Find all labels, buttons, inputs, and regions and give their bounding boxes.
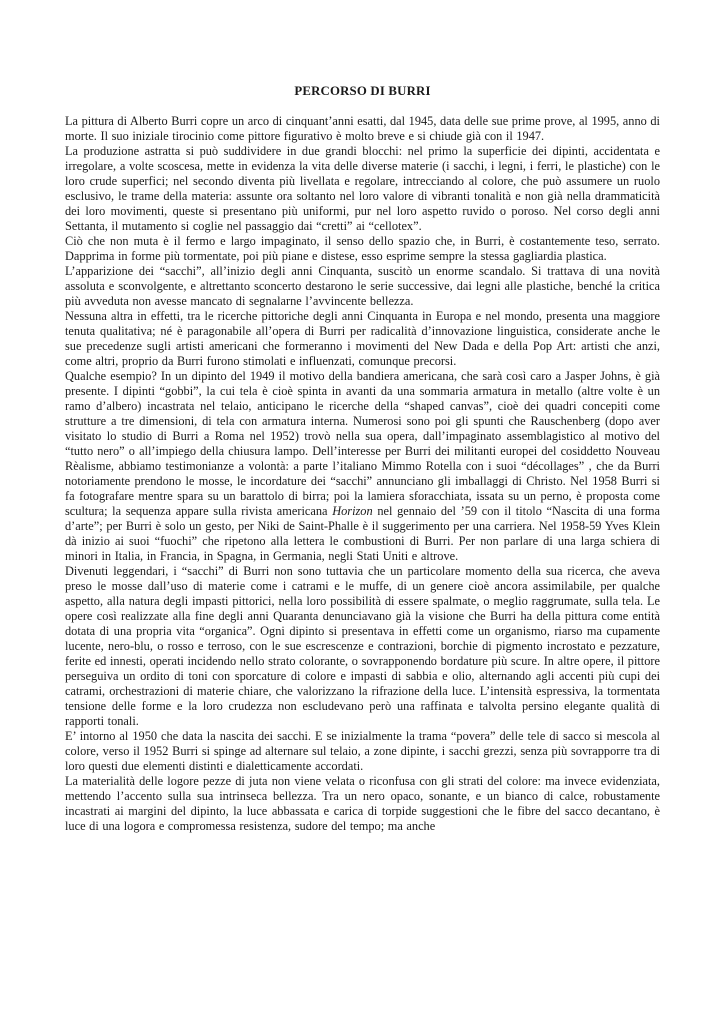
text-run: La produzione astratta si può suddivider… (65, 144, 660, 233)
text-run: La pittura di Alberto Burri copre un arc… (65, 114, 660, 143)
paragraph: Qualche esempio? In un dipinto del 1949 … (65, 369, 660, 564)
text-run: Qualche esempio? In un dipinto del 1949 … (65, 369, 660, 518)
text-run: L’apparizione dei “sacchi”, all’inizio d… (65, 264, 660, 308)
text-run: Ciò che non muta è il fermo e largo impa… (65, 234, 660, 263)
paragraph: Divenuti leggendari, i “sacchi” di Burri… (65, 564, 660, 729)
text-run: La materialità delle logore pezze di jut… (65, 774, 660, 833)
document-page: PERCORSO DI BURRI La pittura di Alberto … (0, 0, 724, 1024)
paragraph: Nessuna altra in effetti, tra le ricerch… (65, 309, 660, 369)
paragraph: E’ intorno al 1950 che data la nascita d… (65, 729, 660, 774)
text-run: Divenuti leggendari, i “sacchi” di Burri… (65, 564, 660, 728)
paragraph: La materialità delle logore pezze di jut… (65, 774, 660, 834)
paragraph: La pittura di Alberto Burri copre un arc… (65, 114, 660, 144)
text-run: Nessuna altra in effetti, tra le ricerch… (65, 309, 660, 368)
document-body: La pittura di Alberto Burri copre un arc… (65, 114, 660, 834)
text-run: E’ intorno al 1950 che data la nascita d… (65, 729, 660, 773)
italic-text-run: Horizon (332, 504, 372, 518)
paragraph: La produzione astratta si può suddivider… (65, 144, 660, 234)
paragraph: L’apparizione dei “sacchi”, all’inizio d… (65, 264, 660, 309)
document-title: PERCORSO DI BURRI (65, 84, 660, 99)
paragraph: Ciò che non muta è il fermo e largo impa… (65, 234, 660, 264)
